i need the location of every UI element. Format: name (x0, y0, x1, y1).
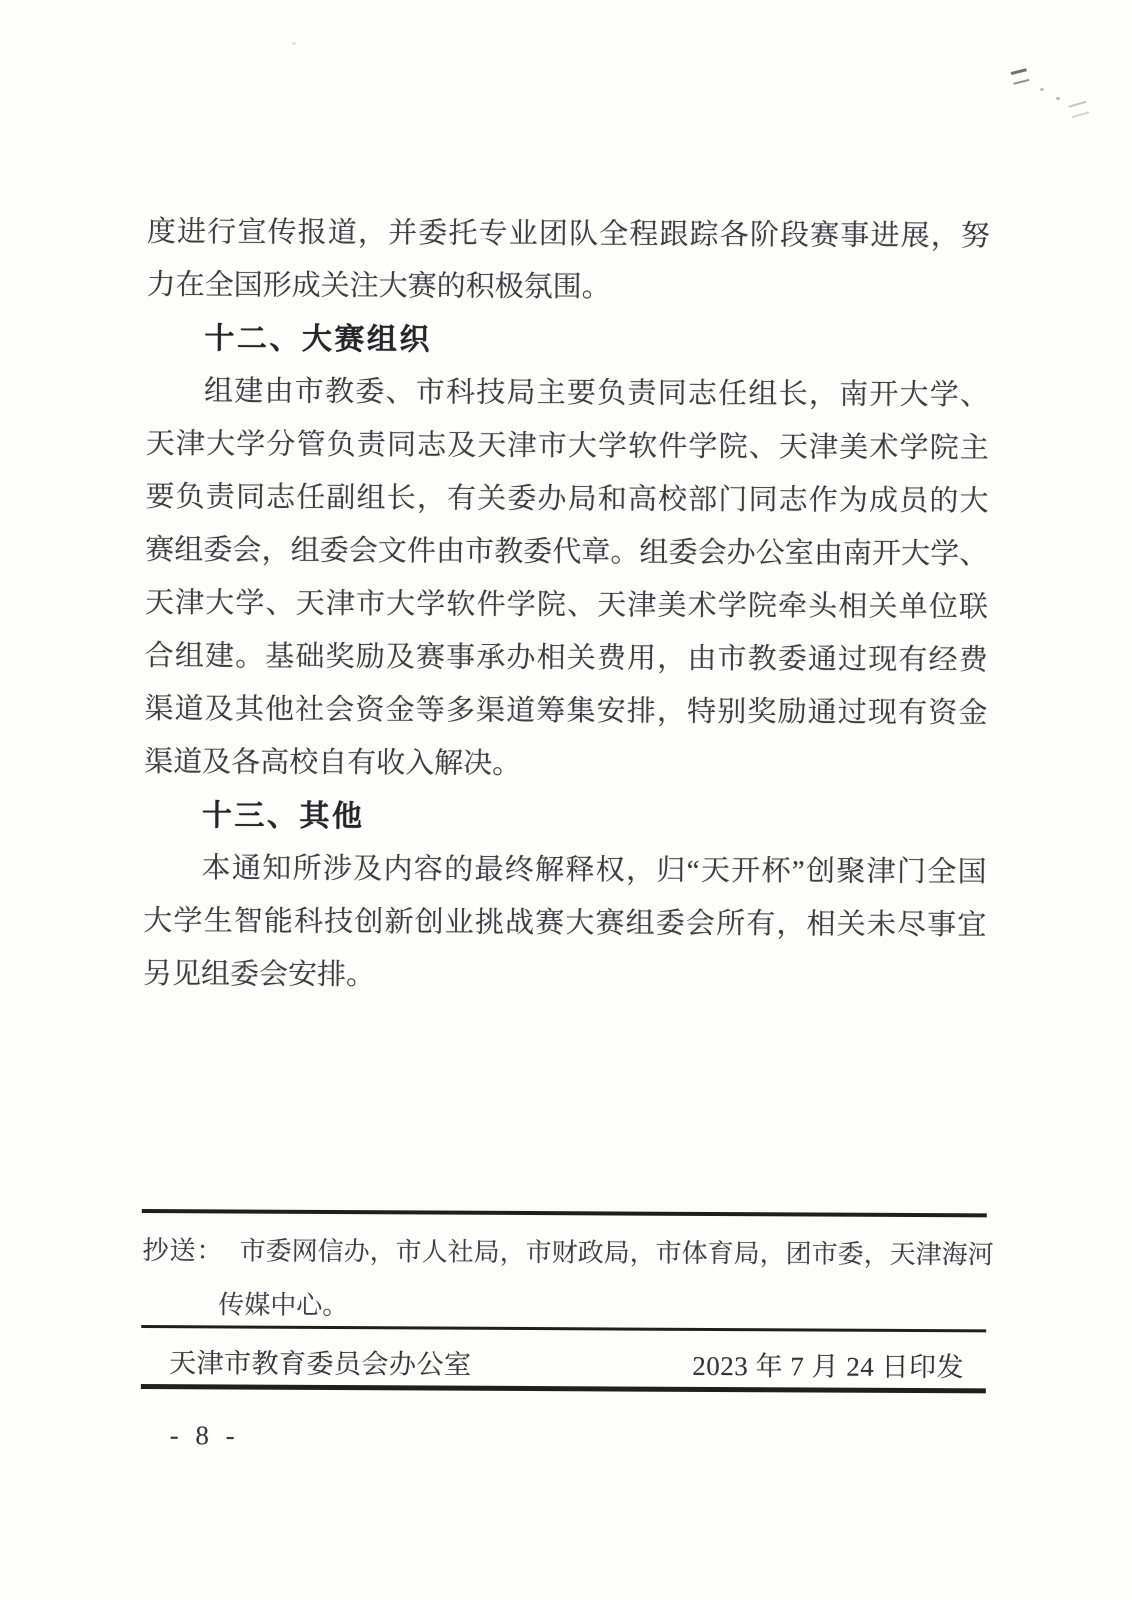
document-line: 另见组委会安排。 (143, 948, 986, 1005)
document-page: 度进行宣传报道，并委托专业团队全程跟踪各阶段赛事进展，努力在全国形成关注大赛的积… (0, 0, 1132, 1600)
document-line: 度进行宣传报道，并委托专业团队全程跟踪各阶段赛事进展，努 (147, 206, 990, 263)
document-line: 本通知所涉及内容的最终解释权，归“天开杯”创聚津门全国 (143, 842, 986, 899)
document-line: 要负责同志任副组长，有关委办局和高校部门同志作为成员的大 (145, 471, 988, 528)
document-line: 渠道及其他社会资金等多渠道筹集安排，特别奖励通过现有资金 (144, 683, 987, 740)
issuer-name: 天津市教育委员会办公室 (169, 1341, 472, 1382)
document-line: 合组建。基础奖励及赛事承办相关费用，由市教委通过现有经费 (145, 630, 988, 687)
section-heading: 十二、大赛组织 (146, 312, 989, 369)
footer-row: 天津市教育委员会办公室 2023 年 7 月 24 日印发 (141, 1336, 984, 1388)
document-line: 天津大学、天津市大学软件学院、天津美术学院牵头相关单位联 (145, 577, 988, 634)
document-line: 组建由市教委、市科技局主要负责同志任组长，南开大学、 (146, 365, 989, 422)
page-number: - 8 - (170, 1420, 240, 1451)
document-line: 赛组委会，组委会文件由市教委代章。组委会办公室由南开大学、 (145, 524, 988, 581)
section-heading: 十三、其他 (144, 789, 987, 846)
document-line: 渠道及各高校自有收入解决。 (144, 736, 987, 793)
document-body: 度进行宣传报道，并委托专业团队全程跟踪各阶段赛事进展，努力在全国形成关注大赛的积… (143, 206, 990, 1005)
document-line: 力在全国形成关注大赛的积极氛围。 (147, 259, 990, 316)
document-line: 大学生智能科技创新创业挑战赛大赛组委会所有，相关未尽事宜 (143, 895, 986, 952)
cc-recipients: 市委网信办，市人社局，市财政局，市体育局，团市委，天津海河 (240, 1236, 994, 1269)
scanned-sheet: 度进行宣传报道，并委托专业团队全程跟踪各阶段赛事进展，努力在全国形成关注大赛的积… (0, 0, 1132, 1600)
cc-block: 抄送：市委网信办，市人社局，市财政局，市体育局，团市委，天津海河 传媒中心。 (142, 1224, 988, 1336)
print-date: 2023 年 7 月 24 日印发 (692, 1343, 964, 1383)
cc-line: 抄送：市委网信办，市人社局，市财政局，市体育局，团市委，天津海河 (142, 1224, 987, 1282)
document-line: 天津大学分管负责同志及天津市大学软件学院、天津美术学院主 (146, 418, 989, 475)
cc-label: 抄送： (143, 1236, 224, 1265)
cc-separator-rule (142, 1209, 987, 1217)
